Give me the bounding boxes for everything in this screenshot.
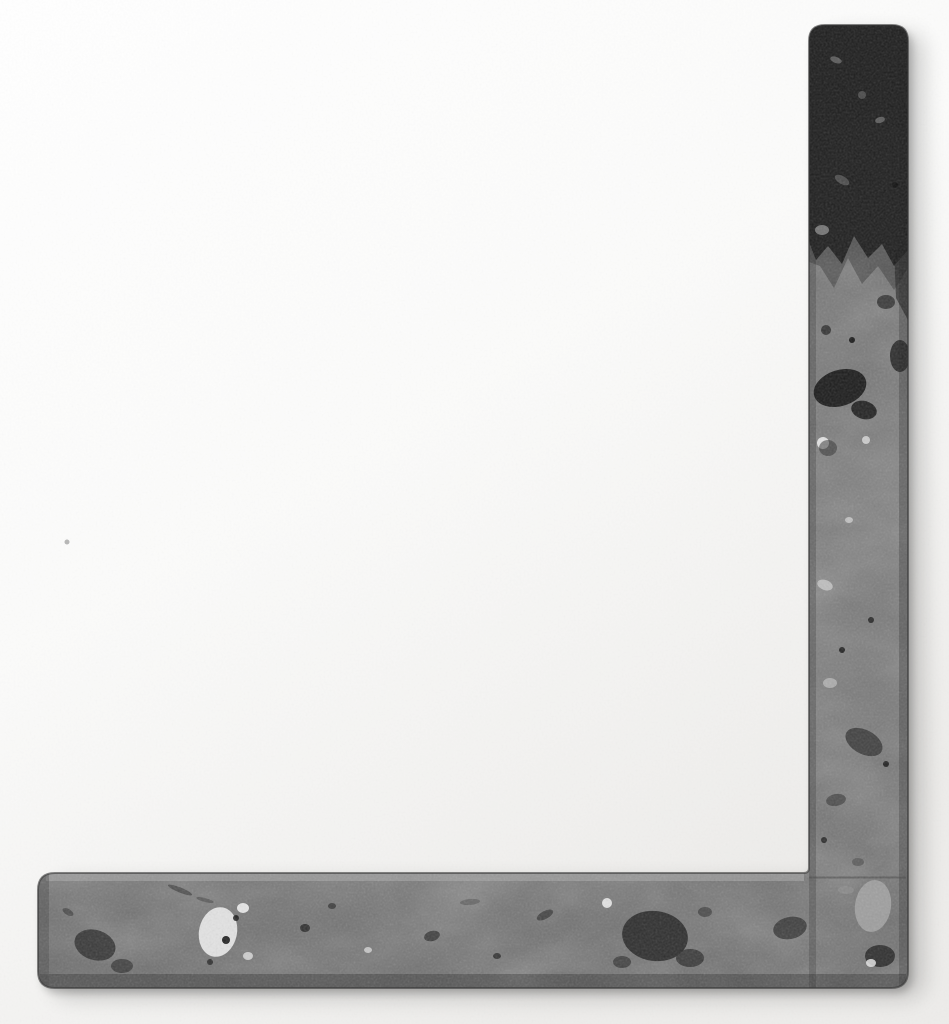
photo-stage	[0, 0, 949, 1024]
try-square-photo	[0, 0, 949, 1024]
background-grain	[0, 0, 949, 1024]
background-speck	[65, 540, 70, 545]
